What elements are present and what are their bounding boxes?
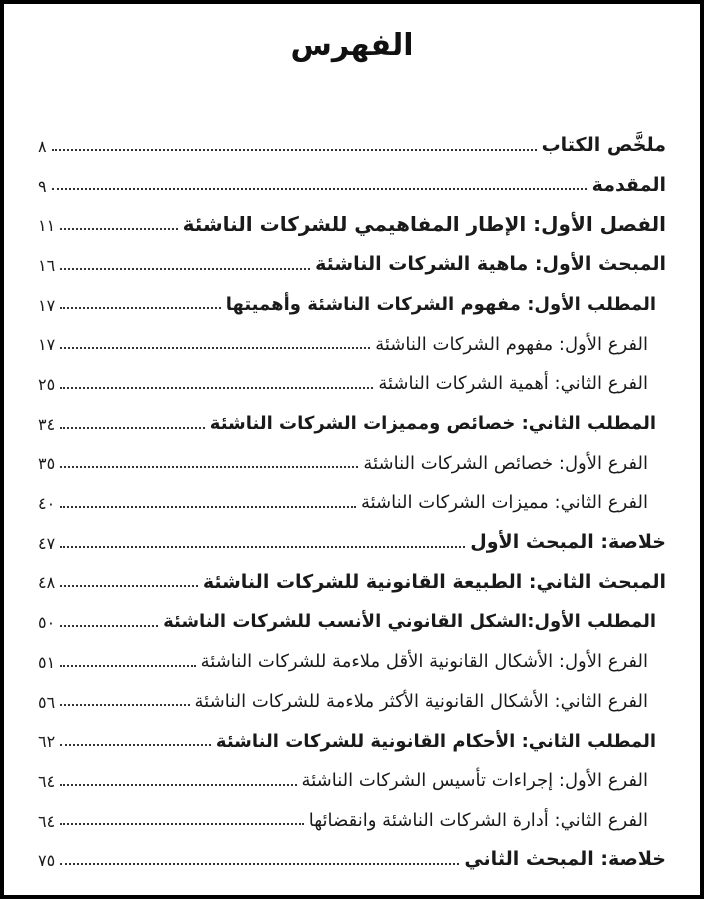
- dotted-leader: [60, 744, 211, 746]
- dotted-leader: [60, 307, 221, 309]
- toc-entry-page-number: ١٧: [38, 296, 55, 317]
- toc-entry-label: الفرع الأول: إجراءات تأسيس الشركات الناش…: [302, 770, 648, 793]
- toc-entry: الفرع الأول: إجراءات تأسيس الشركات الناش…: [38, 753, 666, 793]
- toc-entry-page-number: ٧٥: [38, 851, 55, 872]
- dotted-leader: [52, 149, 537, 151]
- toc-entry-label: الفصل الأول: الإطار المفاهيمي للشركات ال…: [183, 212, 666, 237]
- toc-entry-page-number: ٥٠: [38, 613, 55, 634]
- toc-entry: خلاصة: المبحث الأول ٤٧: [38, 515, 666, 555]
- toc-entry-page-number: ٤٠: [38, 494, 55, 515]
- toc-entry-page-number: ٤٨: [38, 573, 55, 594]
- toc-entry-label: خلاصة: المبحث الثاني: [464, 848, 666, 872]
- toc-entry: المبحث الثاني: الطبيعة القانونية للشركات…: [38, 555, 666, 595]
- toc-entry: خلاصة: المبحث الثاني ٧٥: [38, 832, 666, 872]
- dotted-leader: [52, 188, 587, 190]
- toc-entry-page-number: ١٧: [38, 335, 55, 356]
- toc-entry-label: الفرع الثاني: أدارة الشركات الناشئة وانق…: [309, 810, 648, 833]
- book-page: الفهرس ملخَّص الكتاب ٨ المقدمة ٩ الفصل ا…: [0, 0, 704, 899]
- toc-entry-page-number: ٥١: [38, 653, 55, 674]
- dotted-leader: [60, 466, 358, 468]
- toc-entry: الفرع الثاني: أهمية الشركات الناشئة ٢٥: [38, 356, 666, 396]
- toc-entry-label: الفرع الثاني: مميزات الشركات الناشئة: [361, 492, 648, 515]
- page-title: الفهرس: [4, 28, 700, 64]
- toc-entry-page-number: ١١: [38, 216, 55, 237]
- toc-entry: المطلب الأول:الشكل القانوني الأنسب للشرك…: [38, 594, 666, 634]
- toc-entry: ملخَّص الكتاب ٨: [38, 118, 666, 158]
- toc-entry: الفرع الثاني: أدارة الشركات الناشئة وانق…: [38, 793, 666, 833]
- toc-entry: الفرع الثاني: الأشكال القانونية الأكثر م…: [38, 674, 666, 714]
- dotted-leader: [60, 665, 195, 667]
- toc-entry-page-number: ٢٥: [38, 375, 55, 396]
- dotted-leader: [60, 387, 373, 389]
- toc-entry-label: الفرع الثاني: أهمية الشركات الناشئة: [378, 373, 648, 396]
- dotted-leader: [60, 506, 356, 508]
- toc-entry-page-number: ٣٥: [38, 454, 55, 475]
- dotted-leader: [60, 585, 198, 587]
- toc-entry-label: المطلب الأول: مفهوم الشركات الناشئة وأهم…: [226, 294, 656, 317]
- toc-entry-label: المطلب الأول:الشكل القانوني الأنسب للشرك…: [163, 611, 656, 634]
- dotted-leader: [60, 823, 304, 825]
- dotted-leader: [60, 863, 459, 865]
- dotted-leader: [60, 784, 296, 786]
- dotted-leader: [60, 704, 189, 706]
- toc-entry-label: المطلب الثاني: خصائص ومميزات الشركات الن…: [210, 413, 656, 436]
- toc-entry-page-number: ٦٢: [38, 732, 55, 753]
- toc-entry: المطلب الثاني: خصائص ومميزات الشركات الن…: [38, 396, 666, 436]
- toc-entry: الفرع الأول: خصائص الشركات الناشئة ٣٥: [38, 436, 666, 476]
- toc-entry-label: خلاصة: المبحث الأول: [470, 531, 666, 555]
- toc-entry-label: ملخَّص الكتاب: [542, 134, 666, 158]
- toc-entry-label: الفرع الثاني: الأشكال القانونية الأكثر م…: [195, 691, 648, 714]
- toc-entry: الفرع الأول: الأشكال القانونية الأقل ملا…: [38, 634, 666, 674]
- dotted-leader: [60, 347, 370, 349]
- toc-entry-page-number: ١٦: [38, 256, 55, 277]
- toc-entry-label: الفرع الأول: مفهوم الشركات الناشئة: [375, 334, 648, 357]
- table-of-contents: ملخَّص الكتاب ٨ المقدمة ٩ الفصل الأول: ا…: [38, 118, 666, 872]
- toc-entry-label: المطلب الثاني: الأحكام القانونية للشركات…: [216, 731, 656, 754]
- toc-entry-page-number: ٦٤: [38, 812, 55, 833]
- toc-entry: الفرع الثاني: مميزات الشركات الناشئة ٤٠: [38, 475, 666, 515]
- toc-entry-page-number: ٩: [38, 177, 47, 198]
- toc-entry-label: المبحث الأول: ماهية الشركات الناشئة: [315, 253, 666, 277]
- toc-entry-page-number: ٥٦: [38, 693, 55, 714]
- dotted-leader: [60, 427, 205, 429]
- toc-entry: الفرع الأول: مفهوم الشركات الناشئة ١٧: [38, 316, 666, 356]
- toc-entry-label: الفرع الأول: الأشكال القانونية الأقل ملا…: [201, 651, 648, 674]
- dotted-leader: [60, 228, 177, 230]
- dotted-leader: [60, 268, 310, 270]
- toc-entry: المقدمة ٩: [38, 158, 666, 198]
- toc-entry: المبحث الأول: ماهية الشركات الناشئة ١٦: [38, 237, 666, 277]
- toc-entry-page-number: ٦٤: [38, 772, 55, 793]
- dotted-leader: [60, 546, 465, 548]
- toc-entry-label: الفرع الأول: خصائص الشركات الناشئة: [363, 453, 648, 476]
- toc-entry-label: المبحث الثاني: الطبيعة القانونية للشركات…: [203, 571, 666, 595]
- toc-entry-page-number: ٨: [38, 137, 47, 158]
- dotted-leader: [60, 625, 158, 627]
- toc-entry: الفصل الأول: الإطار المفاهيمي للشركات ال…: [38, 197, 666, 237]
- toc-entry: المطلب الثاني: الأحكام القانونية للشركات…: [38, 713, 666, 753]
- toc-entry-label: المقدمة: [592, 174, 666, 198]
- toc-entry: المطلب الأول: مفهوم الشركات الناشئة وأهم…: [38, 277, 666, 317]
- toc-entry-page-number: ٣٤: [38, 415, 55, 436]
- toc-entry-page-number: ٤٧: [38, 534, 55, 555]
